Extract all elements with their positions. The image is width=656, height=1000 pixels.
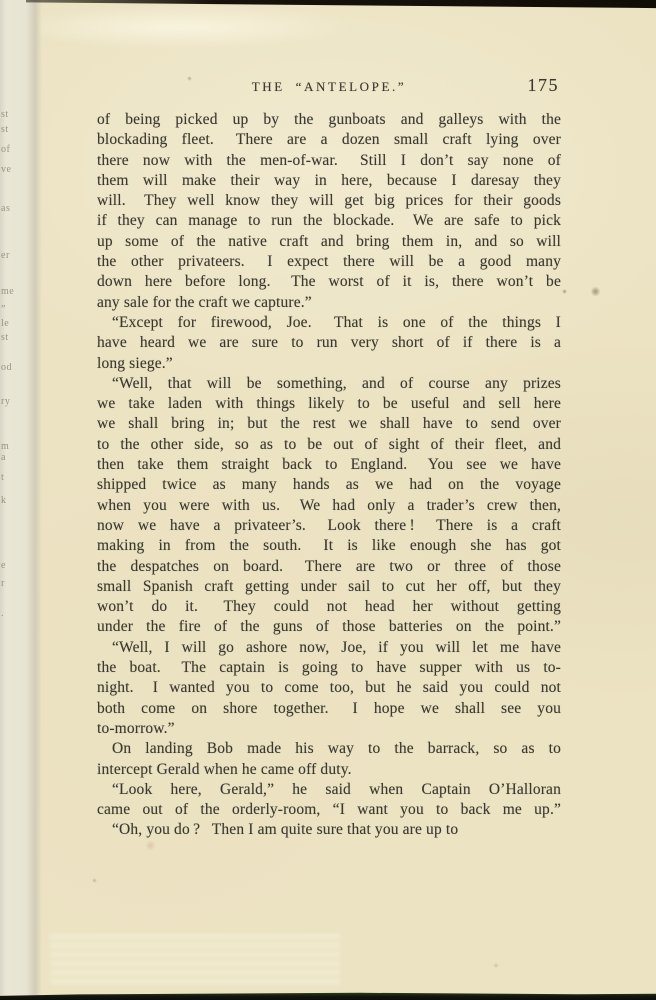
text-line: down here before long. The worst of it i… [97,272,561,292]
text-line: the other privateers. I expect there wil… [97,252,561,272]
edge-text-fragment: er [1,251,10,261]
text-line: “Except for firewood, Joe. That is one o… [97,313,561,333]
text-line: blockading fleet. There are a dozen smal… [97,130,561,150]
text-line: night. I wanted you to come too, but he … [97,678,561,698]
edge-text-fragment: m [1,442,9,452]
paragraph: “Well, I will go ashore now, Joe, if you… [97,638,561,739]
edge-text-fragment: me [1,287,14,297]
text-line: “Oh, you do ? Then I am quite sure that … [97,820,561,840]
text-line: them will make their way in here, becaus… [97,171,561,191]
paragraph: “Look here, Gerald,” he said when Captai… [97,780,561,821]
text-line: up some of the native craft and bring th… [97,232,561,252]
edge-text-fragment: r [1,579,5,589]
edge-text-fragment: ” [1,305,6,315]
edge-text-fragment: ve [1,165,11,175]
running-header: THE “ANTELOPE.” 175 [97,75,561,97]
edge-text-fragment: od [1,363,12,373]
edge-text-fragment: of [1,145,10,155]
text-line: won’t do it. They could not head her wit… [97,597,561,617]
ink-speck [591,286,600,297]
paragraph: “Well, that will be something, and of co… [97,374,561,638]
page-title: THE “ANTELOPE.” [97,79,561,95]
text-line: the despatches on board. There are two o… [97,557,561,577]
text-line: under the fire of the guns of those batt… [97,617,561,637]
scan-light-band-top [40,6,350,48]
paragraph: “Except for firewood, Joe. That is one o… [97,313,561,374]
paragraph: of being picked up by the gunboats and g… [97,110,561,313]
scan-edge-bottom [0,992,656,1000]
text-line: when you were with us. We had only a tra… [97,496,561,516]
edge-text-fragment: le [1,319,9,329]
text-line: shipped twice as many hands as we had on… [97,475,561,495]
edge-text-fragment: e [1,561,6,571]
paragraph: On landing Bob made his way to the barra… [97,739,561,780]
text-line: came out of the orderly-room, “I want yo… [97,800,561,820]
page-body: of being picked up by the gunboats and g… [97,110,561,841]
page-number: 175 [528,75,560,96]
text-line: have heard we are sure to run very short… [97,333,561,353]
paragraph: “Oh, you do ? Then I am quite sure that … [97,820,561,840]
text-line: On landing Bob made his way to the barra… [97,739,561,759]
edge-text-fragment: t [1,473,4,483]
ink-speck [145,840,156,851]
text-line: we take laden with things likely to be u… [97,394,561,414]
text-line: we shall bring in; but the rest we shall… [97,414,561,434]
text-line: “Look here, Gerald,” he said when Captai… [97,780,561,800]
text-line: “Well, I will go ashore now, Joe, if you… [97,638,561,658]
edge-text-fragment: st [1,110,9,120]
text-line: “Well, that will be something, and of co… [97,374,561,394]
text-line: any sale for the craft we capture.” [97,293,561,313]
text-line: there now with the men-of-war. Still I d… [97,151,561,171]
scan-light-band-bottom [50,930,340,985]
text-line: of being picked up by the gunboats and g… [97,110,561,130]
facing-page-edge: ststofveaserme”lestodrymatker. [0,0,42,1000]
ink-speck [187,76,192,81]
edge-text-fragment: k [1,496,7,506]
text-line: making in from the south. It is like eno… [97,536,561,556]
ink-speck [493,963,499,968]
text-line: then take them straight back to England.… [97,455,561,475]
text-line: intercept Gerald when he came off duty. [97,760,561,780]
text-line: both come on shore together. I hope we s… [97,699,561,719]
text-line: the boat. The captain is going to have s… [97,658,561,678]
ink-speck [562,289,567,294]
book-page-scan: ststofveaserme”lestodrymatker. THE “ANTE… [0,0,656,1000]
edge-text-fragment: st [1,125,9,135]
edge-text-fragment: ry [1,397,10,407]
text-line: if they can manage to run the blockade. … [97,211,561,231]
edge-text-fragment: as [1,204,10,214]
text-line: long siege.” [97,354,561,374]
text-line: to-morrow.” [97,719,561,739]
text-line: small Spanish craft getting under sail t… [97,577,561,597]
text-line: to the other side, so as to be out of si… [97,435,561,455]
edge-text-fragment: a [1,453,6,463]
edge-text-fragment: st [1,333,9,343]
edge-text-fragment: . [1,609,4,619]
text-line: now we have a privateer’s. Look there ! … [97,516,561,536]
text-line: will. They well know they will get big p… [97,191,561,211]
ink-speck [92,878,97,883]
